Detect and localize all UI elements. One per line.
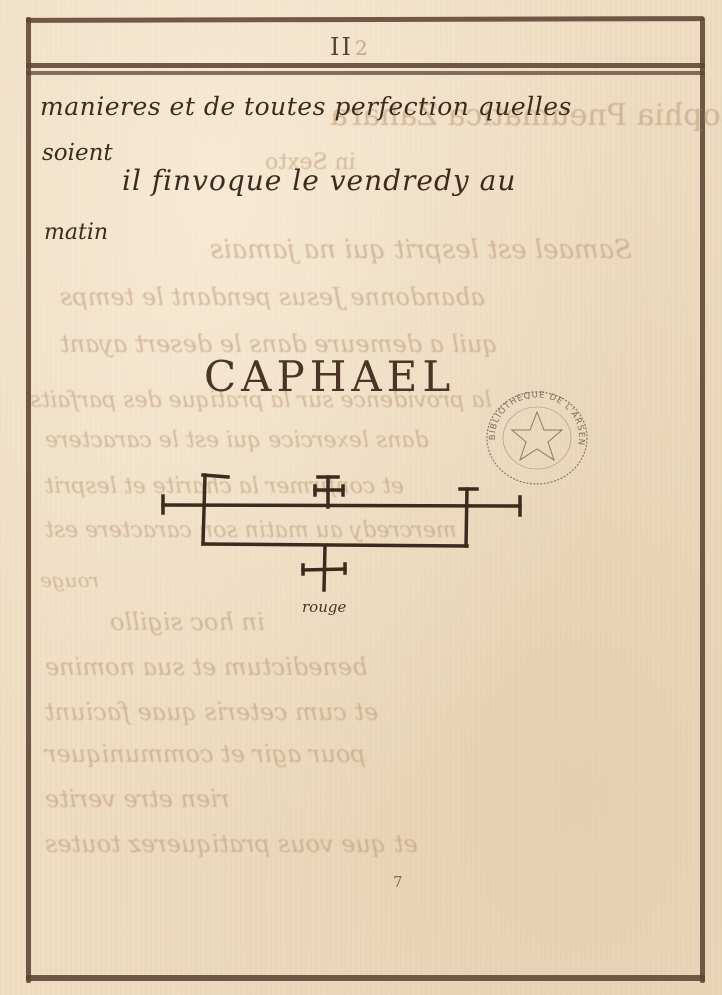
sigil-glyph-icon: [150, 455, 550, 595]
frame-top-rule: [26, 16, 704, 23]
bleed-line: benedictum et sua nomine: [45, 653, 367, 681]
spirit-name-heading: CAPHAEL: [204, 352, 455, 401]
header-rule-lower: [26, 71, 705, 75]
sigil-caption: rouge: [302, 598, 346, 616]
bleed-line: pour agir et communiquer: [45, 740, 366, 768]
page-number: 7: [393, 873, 403, 891]
frame-left-rule: [26, 17, 31, 983]
bleed-line: in hoc sigillo: [110, 608, 265, 636]
handwritten-line: manieres et de toutes perfection quelles: [40, 92, 572, 121]
stamp-text: BIBLIOTHEQUE DE L'ARSENAL: [482, 388, 586, 447]
bleed-line: dans lexercice qui est le caractere: [45, 428, 429, 453]
handwritten-line: matin: [44, 220, 108, 245]
frame-right-rule: [700, 17, 705, 983]
header-rule-upper: [26, 63, 705, 68]
bleed-line: et que vous pratiquerez toutes: [45, 830, 418, 858]
manuscript-page: II2 Theosophia Pneumatica Zahara in Sext…: [0, 0, 722, 995]
bleed-line: abandonne Jesus pendant le temps: [60, 283, 485, 311]
bleed-line: et cum ceteris quae faciunt: [45, 698, 378, 726]
bleed-line: rouge: [40, 568, 99, 592]
folio-faded-digit: 2: [355, 36, 370, 60]
handwritten-line: il finvoque le vendredy au: [122, 164, 516, 197]
folio-roman: II: [330, 33, 353, 61]
bleed-line: rien etre verite: [45, 785, 229, 813]
frame-bottom-rule: [26, 975, 705, 981]
bleed-line: Samael est lesprit qui na jamais: [210, 235, 632, 265]
svg-text:BIBLIOTHEQUE DE L'ARSENAL: BIBLIOTHEQUE DE L'ARSENAL: [482, 388, 586, 447]
handwritten-line: soient: [42, 140, 113, 166]
folio-number: II2: [330, 33, 370, 61]
